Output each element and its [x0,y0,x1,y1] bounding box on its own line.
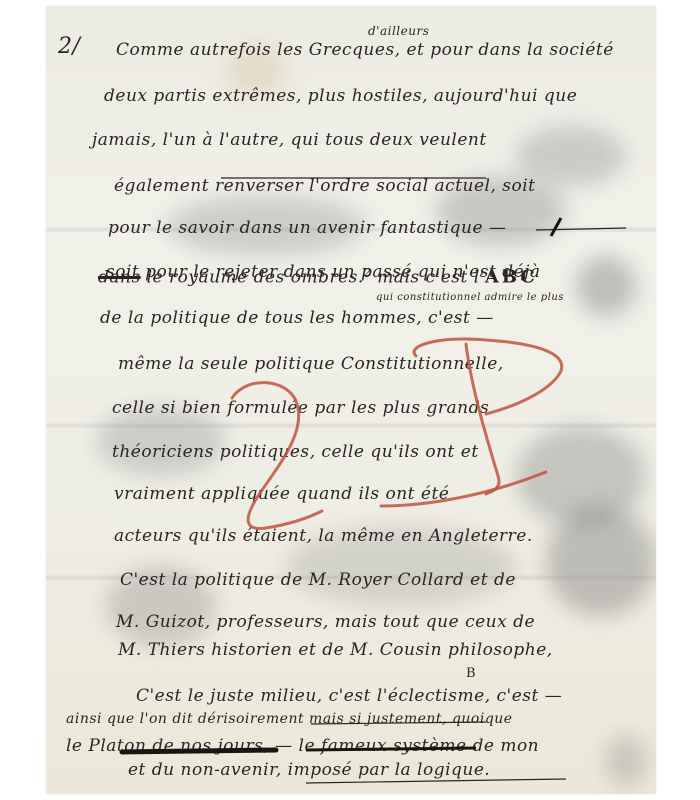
red-annotation-2P: 2P [46,6,656,794]
manuscript-page: 2/ d'ailleurs Comme autrefois les Grecqu… [46,6,656,794]
